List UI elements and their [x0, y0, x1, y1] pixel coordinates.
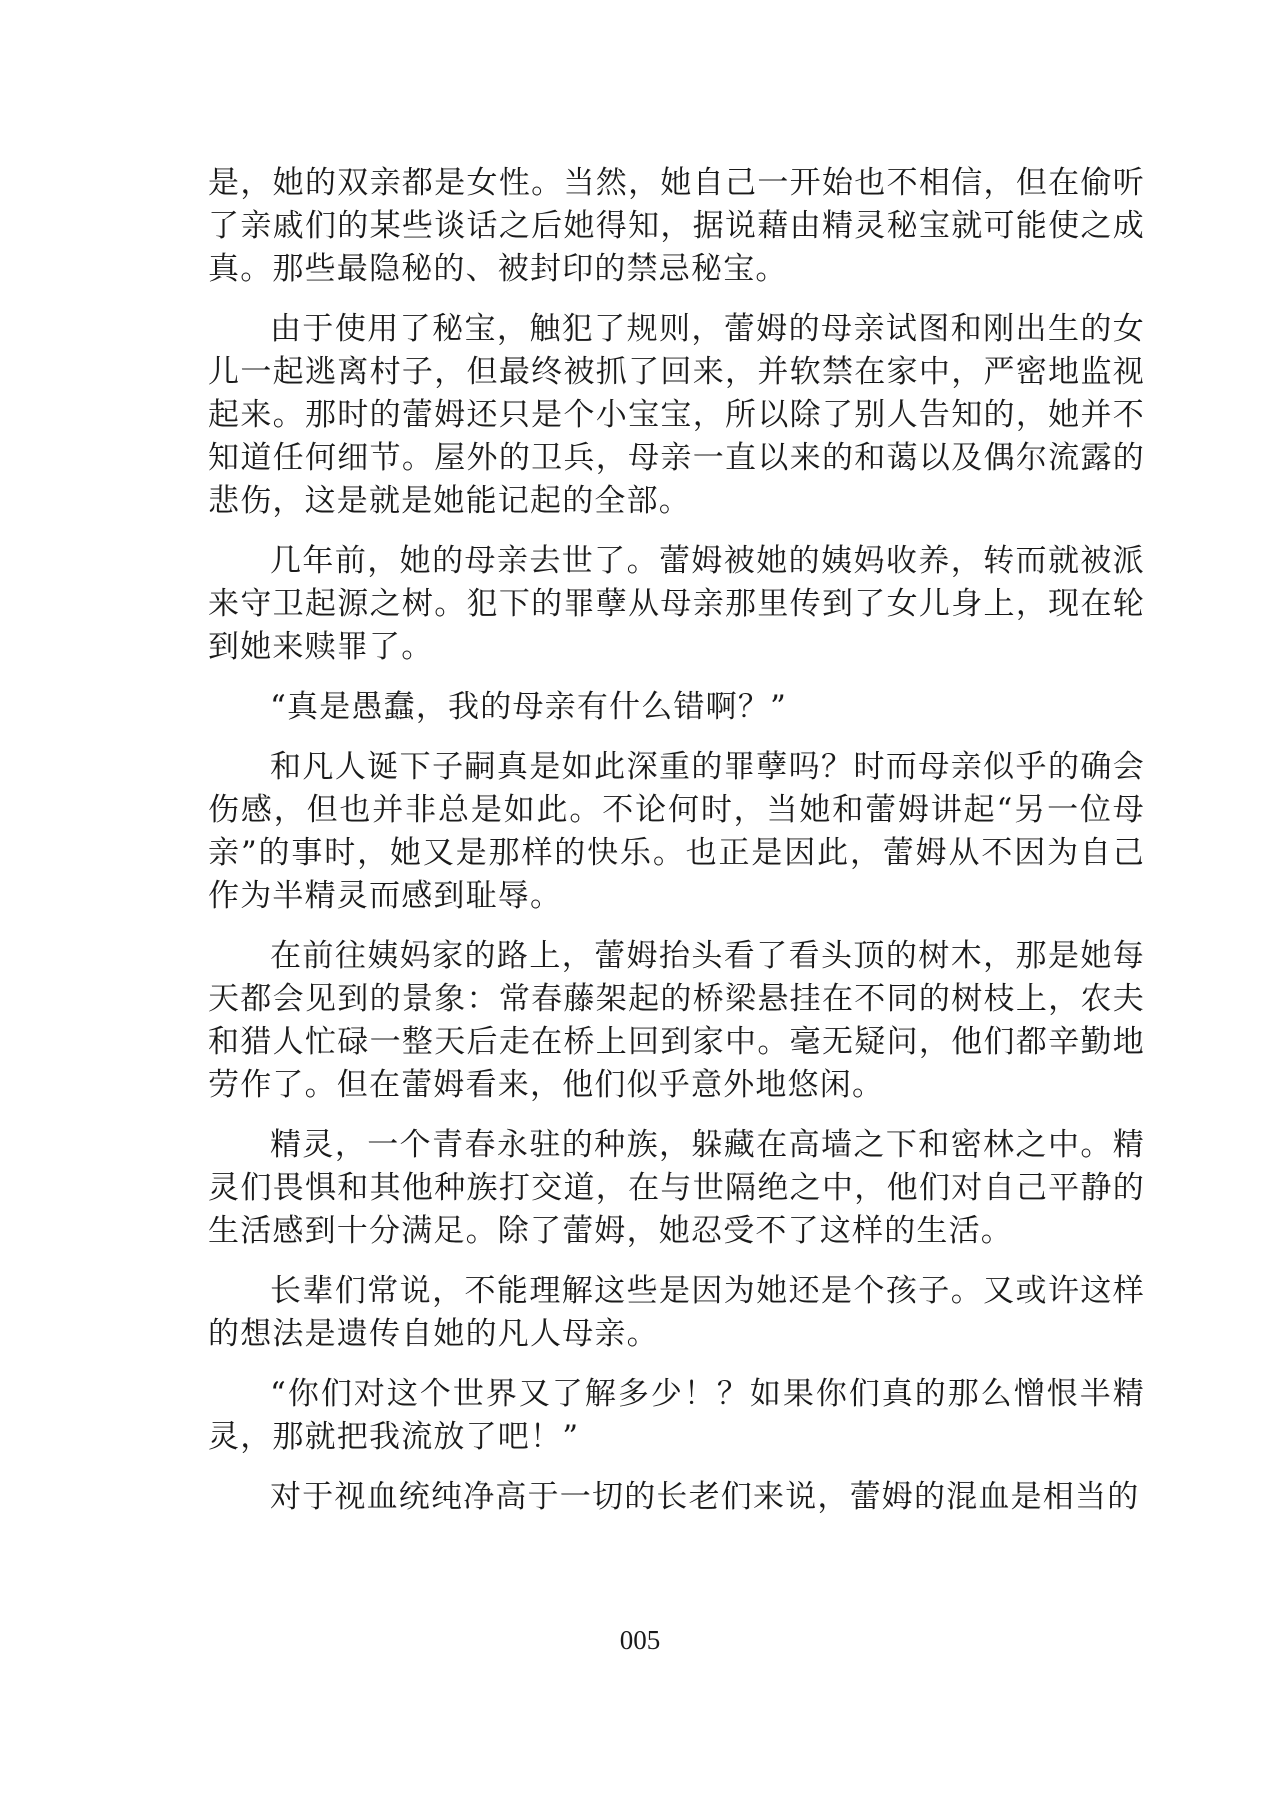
paragraph-2: 由于使用了秘宝，触犯了规则，蕾姆的母亲试图和刚出生的女儿一起逃离村子，但最终被抓… [208, 308, 1145, 523]
body-text: 是，她的双亲都是女性。当然，她自己一开始也不相信，但在偷听了亲戚们的某些谈话之后… [208, 162, 1145, 1536]
paragraph-1: 是，她的双亲都是女性。当然，她自己一开始也不相信，但在偷听了亲戚们的某些谈话之后… [208, 162, 1145, 291]
paragraph-5: 和凡人诞下子嗣真是如此深重的罪孽吗？时而母亲似乎的确会伤感，但也并非总是如此。不… [208, 746, 1145, 918]
paragraph-9-dialogue: “你们对这个世界又了解多少！？如果你们真的那么憎恨半精灵，那就把我流放了吧！” [208, 1373, 1145, 1459]
paragraph-8: 长辈们常说，不能理解这些是因为她还是个孩子。又或许这样的想法是遗传自她的凡人母亲… [208, 1270, 1145, 1356]
paragraph-6: 在前往姨妈家的路上，蕾姆抬头看了看头顶的树木，那是她每天都会见到的景象：常春藤架… [208, 935, 1145, 1107]
page-number: 005 [0, 1625, 1280, 1656]
paragraph-4-dialogue: “真是愚蠢，我的母亲有什么错啊？” [208, 686, 1145, 729]
paragraph-3: 几年前，她的母亲去世了。蕾姆被她的姨妈收养，转而就被派来守卫起源之树。犯下的罪孽… [208, 540, 1145, 669]
book-page: 是，她的双亲都是女性。当然，她自己一开始也不相信，但在偷听了亲戚们的某些谈话之后… [0, 0, 1280, 1816]
paragraph-7: 精灵，一个青春永驻的种族，躲藏在高墙之下和密林之中。精灵们畏惧和其他种族打交道，… [208, 1124, 1145, 1253]
paragraph-10: 对于视血统纯净高于一切的长老们来说，蕾姆的混血是相当的 [208, 1476, 1145, 1519]
